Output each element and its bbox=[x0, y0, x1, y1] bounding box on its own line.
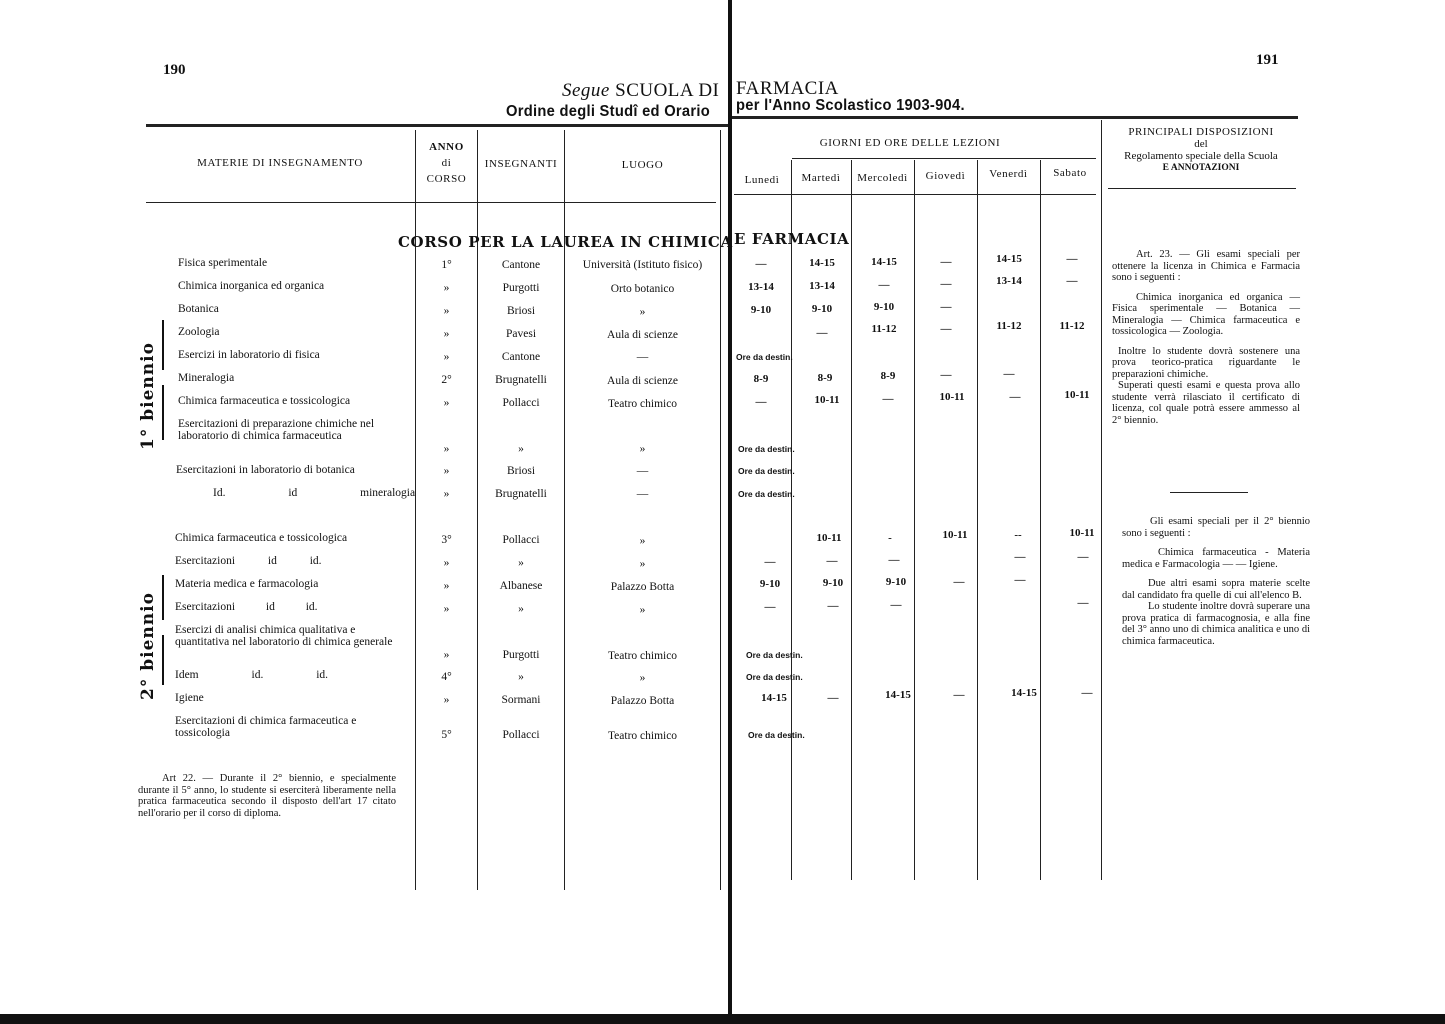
sched-cell: 10-11 bbox=[922, 391, 982, 403]
sched-cell: 9-10 bbox=[740, 578, 800, 590]
note-art23-c: Inoltre lo studente dovrà sostenere una … bbox=[1112, 346, 1300, 381]
header-disp-3: Regolamento speciale della Scuola bbox=[1104, 150, 1298, 162]
row-luogo: » bbox=[565, 306, 720, 318]
sched-cell: 9-10 bbox=[803, 577, 863, 589]
header-anno-1: ANNO bbox=[416, 139, 477, 155]
sched-cell: -- bbox=[988, 529, 1048, 541]
note-b2-b: Chimica farmaceutica - Materia medica e … bbox=[1122, 547, 1310, 570]
page-bottom-edge bbox=[0, 1014, 1445, 1024]
header-disp-2: del bbox=[1104, 138, 1298, 150]
sched-cell: 14-15 bbox=[979, 253, 1039, 265]
sched-cell: 13-14 bbox=[792, 280, 852, 292]
row-luogo: Aula di scienze bbox=[565, 375, 720, 387]
book-gutter bbox=[728, 0, 732, 1024]
row-materia: Chimica farmaceutica e tossicologica bbox=[175, 533, 347, 545]
group-brace bbox=[162, 320, 164, 370]
row-insegnante: Purgotti bbox=[478, 282, 564, 294]
note-b2-c: Due altri esami sopra materie scelte dal… bbox=[1122, 578, 1310, 601]
row-insegnante: Pavesi bbox=[478, 328, 564, 340]
row-luogo: — bbox=[565, 351, 720, 363]
sched-cell: 10-11 bbox=[925, 529, 985, 541]
header-anno: ANNO di CORSO bbox=[416, 139, 477, 187]
sched-cell: — bbox=[740, 601, 800, 613]
sched-cell: — bbox=[990, 551, 1050, 563]
row-luogo: » bbox=[565, 443, 720, 455]
sched-cell: — bbox=[985, 391, 1045, 403]
sched-cell: 14-15 bbox=[744, 692, 804, 704]
row-materia: Esercitazioni in laboratorio di botanica bbox=[176, 465, 355, 477]
note-b2-d: Lo studente inoltre dovrà superare una p… bbox=[1122, 601, 1310, 647]
sched-cell: — bbox=[1042, 253, 1102, 265]
row-insegnante: Cantone bbox=[478, 351, 564, 363]
sched-cell: — bbox=[929, 576, 989, 588]
col-divider bbox=[914, 160, 915, 880]
col-divider bbox=[1040, 160, 1041, 880]
row-luogo: Orto botanico bbox=[565, 283, 720, 295]
row-luogo: Teatro chimico bbox=[565, 398, 720, 410]
row-insegnante: Brugnatelli bbox=[478, 488, 564, 500]
sched-cell: — bbox=[916, 301, 976, 313]
sched-cell: — bbox=[866, 599, 926, 611]
row-insegnante: Briosi bbox=[478, 465, 564, 477]
group-label-first: 1° biennio bbox=[138, 342, 158, 450]
row-insegnante: Pollacci bbox=[478, 534, 564, 546]
title-line2-right: per l'Anno Scolastico 1903-904. bbox=[736, 97, 965, 115]
sched-cell: 11-12 bbox=[1042, 320, 1102, 332]
row-materia: Igiene bbox=[175, 693, 204, 705]
title-scuola: SCUOLA DI bbox=[615, 80, 719, 101]
row-anno: 5° bbox=[416, 729, 477, 741]
sched-cell: 10-11 bbox=[799, 532, 859, 544]
row-insegnante: Sormani bbox=[478, 694, 564, 706]
row-materia: Esercizi di analisi chimica qualitativa … bbox=[175, 625, 403, 648]
sched-cell-ore: Ore da destin. bbox=[738, 444, 795, 454]
row-materia: Esercizi in laboratorio di fisica bbox=[178, 350, 320, 362]
page-number-right: 191 bbox=[1256, 52, 1279, 69]
header-insegnanti: INSEGNANTI bbox=[478, 156, 564, 172]
sched-cell: — bbox=[1053, 597, 1113, 609]
row-materia: Botanica bbox=[178, 304, 219, 316]
sched-cell-ore: Ore da destin. bbox=[746, 672, 803, 682]
sched-cell: 9-10 bbox=[731, 304, 791, 316]
row-materia: Id. id mineralogia bbox=[213, 488, 415, 500]
header-rule-right bbox=[732, 116, 1298, 119]
row-anno: » bbox=[416, 694, 477, 706]
sched-cell: 10-11 bbox=[1047, 389, 1107, 401]
row-luogo: » bbox=[565, 672, 720, 684]
sched-cell: 8-9 bbox=[731, 373, 791, 385]
sched-cell: — bbox=[854, 279, 914, 291]
row-materia: Mineralogia bbox=[178, 373, 234, 385]
sched-cell: — bbox=[803, 692, 863, 704]
row-anno: » bbox=[416, 557, 477, 569]
row-insegnante: Cantone bbox=[478, 259, 564, 271]
sched-cell: - bbox=[860, 532, 920, 544]
sched-cell-ore: Ore da destin. bbox=[748, 730, 805, 740]
row-anno: » bbox=[416, 465, 477, 477]
row-luogo: » bbox=[565, 558, 720, 570]
page-number-left: 190 bbox=[163, 62, 186, 79]
row-luogo: » bbox=[565, 604, 720, 616]
sched-cell: — bbox=[929, 689, 989, 701]
row-luogo: Palazzo Botta bbox=[565, 581, 720, 593]
row-materia: Chimica farmaceutica e tossicologica bbox=[178, 396, 350, 408]
row-materia: Materia medica e farmacologia bbox=[175, 579, 318, 591]
notes-art23: Art. 23. — Gli esami speciali per ottene… bbox=[1112, 249, 1300, 426]
row-insegnante: » bbox=[478, 557, 564, 569]
sched-cell: — bbox=[803, 600, 863, 612]
sched-cell: 9-10 bbox=[854, 301, 914, 313]
row-insegnante: » bbox=[478, 671, 564, 683]
sched-cell: — bbox=[916, 369, 976, 381]
group-brace bbox=[162, 385, 164, 440]
disp-rule bbox=[1108, 188, 1296, 189]
row-anno: » bbox=[416, 443, 477, 455]
note-art23-d: Superati questi esami e questa prova all… bbox=[1112, 380, 1300, 426]
header-day-mercoledi: Mercoledì bbox=[852, 170, 913, 186]
header-anno-2: di bbox=[416, 155, 477, 171]
row-materia: Chimica inorganica ed organica bbox=[178, 281, 324, 293]
header-anno-3: CORSO bbox=[416, 171, 477, 187]
row-anno: 4° bbox=[416, 671, 477, 683]
row-materia: Esercitazioni di chimica farmaceutica e … bbox=[175, 716, 403, 739]
note-art23-a: Art. 23. — Gli esami speciali per ottene… bbox=[1112, 249, 1300, 284]
footnote-art22: Art 22. — Durante il 2° biennio, e speci… bbox=[138, 773, 396, 819]
sched-cell: 8-9 bbox=[795, 372, 855, 384]
row-anno: » bbox=[416, 580, 477, 592]
col-divider bbox=[977, 160, 978, 880]
header-disposizioni: PRINCIPALI DISPOSIZIONI del Regolamento … bbox=[1104, 126, 1298, 174]
row-anno: » bbox=[416, 305, 477, 317]
row-luogo: Aula di scienze bbox=[565, 329, 720, 341]
header-giorni: GIORNI ED ORE DELLE LEZIONI bbox=[740, 135, 1080, 151]
row-insegnante: Purgotti bbox=[478, 649, 564, 661]
sched-cell: — bbox=[864, 554, 924, 566]
sched-cell: — bbox=[979, 368, 1039, 380]
header-rule-left bbox=[146, 124, 728, 127]
row-luogo: Università (Istituto fisico) bbox=[565, 259, 720, 271]
sched-cell: 14-15 bbox=[994, 687, 1054, 699]
sched-cell: 9-10 bbox=[866, 576, 926, 588]
sched-cell: — bbox=[916, 278, 976, 290]
row-insegnante: Briosi bbox=[478, 305, 564, 317]
sched-cell: 14-15 bbox=[854, 256, 914, 268]
sched-cell: — bbox=[731, 396, 791, 408]
title-line2-left: Ordine degli Studî ed Orario bbox=[506, 103, 710, 121]
row-materia: Esercitazioni id id. bbox=[175, 602, 318, 614]
sched-cell: 14-15 bbox=[792, 257, 852, 269]
row-insegnante: » bbox=[478, 443, 564, 455]
sched-cell: — bbox=[802, 555, 862, 567]
title-segue: Segue bbox=[562, 80, 610, 101]
group-brace bbox=[162, 635, 164, 685]
sched-cell: 13-14 bbox=[731, 281, 791, 293]
row-materia: Idem id. id. bbox=[175, 670, 328, 682]
sched-cell: 10-11 bbox=[1052, 527, 1112, 539]
row-insegnante: Albanese bbox=[478, 580, 564, 592]
header-day-sabato: Sabato bbox=[1041, 165, 1099, 181]
row-materia: Zoologia bbox=[178, 327, 220, 339]
group-label-second: 2° biennio bbox=[138, 592, 158, 700]
header-bottom-rule-right bbox=[734, 194, 1096, 195]
sched-cell: 11-12 bbox=[854, 323, 914, 335]
sched-cell: — bbox=[1053, 551, 1113, 563]
header-day-venerdi: Venerdì bbox=[978, 166, 1039, 182]
title-line1-left: Segue SCUOLA DI bbox=[562, 80, 719, 102]
sched-cell-ore: Ore da destin. bbox=[746, 650, 803, 660]
row-insegnante: Pollacci bbox=[478, 729, 564, 741]
row-anno: » bbox=[416, 603, 477, 615]
col-divider bbox=[1101, 120, 1102, 880]
sched-cell: — bbox=[1042, 275, 1102, 287]
sched-cell: — bbox=[858, 393, 918, 405]
sched-cell-ore: Ore da destin. bbox=[738, 466, 795, 476]
header-day-lunedi: Lunedì bbox=[734, 172, 790, 188]
sched-cell: — bbox=[731, 258, 791, 270]
row-anno: 2° bbox=[416, 374, 477, 386]
row-anno: 3° bbox=[416, 534, 477, 546]
row-insegnante: Brugnatelli bbox=[478, 374, 564, 386]
row-materia: Esercitazioni di preparazione chimiche n… bbox=[178, 419, 403, 442]
header-materie: MATERIE DI INSEGNAMENTO bbox=[150, 155, 410, 171]
row-insegnante: » bbox=[478, 603, 564, 615]
section-title-right: E FARMACIA bbox=[734, 230, 849, 248]
row-anno: » bbox=[416, 328, 477, 340]
sched-cell: — bbox=[1057, 687, 1117, 699]
row-anno: » bbox=[416, 351, 477, 363]
header-day-martedi: Martedì bbox=[792, 170, 850, 186]
note-art23-b: Chimica inorganica ed organica — Fisica … bbox=[1112, 292, 1300, 338]
notes-biennio2: Gli esami speciali per il 2° biennio son… bbox=[1122, 516, 1310, 647]
row-anno: » bbox=[416, 488, 477, 500]
row-luogo: — bbox=[565, 465, 720, 477]
sched-cell: 13-14 bbox=[979, 275, 1039, 287]
sched-cell: — bbox=[916, 323, 976, 335]
section-title-left: CORSO PER LA LAUREA IN CHIMICA bbox=[398, 233, 733, 251]
sched-cell: — bbox=[990, 574, 1050, 586]
sched-cell: 11-12 bbox=[979, 320, 1039, 332]
row-anno: » bbox=[416, 397, 477, 409]
row-materia: Fisica sperimentale bbox=[178, 258, 267, 270]
giorni-subrule bbox=[792, 158, 1096, 159]
sched-cell: — bbox=[740, 556, 800, 568]
sched-cell: 14-15 bbox=[868, 689, 928, 701]
header-day-giovedi: Giovedì bbox=[915, 168, 976, 184]
sched-cell-ore: Ore da destin. bbox=[738, 489, 795, 499]
header-disp-4: E ANNOTAZIONI bbox=[1104, 162, 1298, 174]
sched-cell: 9-10 bbox=[792, 303, 852, 315]
sched-cell: — bbox=[916, 256, 976, 268]
row-anno: » bbox=[416, 282, 477, 294]
header-luogo: LUOGO bbox=[565, 157, 720, 173]
sched-cell: 8-9 bbox=[858, 370, 918, 382]
row-luogo: — bbox=[565, 488, 720, 500]
sched-cell: — bbox=[792, 327, 852, 339]
row-materia: Esercitazioni id id. bbox=[175, 556, 322, 568]
row-luogo: Palazzo Botta bbox=[565, 695, 720, 707]
group-brace bbox=[162, 575, 164, 620]
notes-separator bbox=[1170, 492, 1248, 493]
header-bottom-rule-left bbox=[146, 202, 716, 203]
sched-cell-ore: Ore da destin. bbox=[736, 352, 793, 362]
row-anno: » bbox=[416, 649, 477, 661]
row-luogo: Teatro chimico bbox=[565, 730, 720, 742]
row-luogo: Teatro chimico bbox=[565, 650, 720, 662]
sched-cell: 10-11 bbox=[797, 394, 857, 406]
header-disp-1: PRINCIPALI DISPOSIZIONI bbox=[1104, 126, 1298, 138]
row-anno: 1° bbox=[416, 259, 477, 271]
row-insegnante: Pollacci bbox=[478, 397, 564, 409]
row-luogo: » bbox=[565, 535, 720, 547]
note-b2-a: Gli esami speciali per il 2° biennio son… bbox=[1122, 516, 1310, 539]
